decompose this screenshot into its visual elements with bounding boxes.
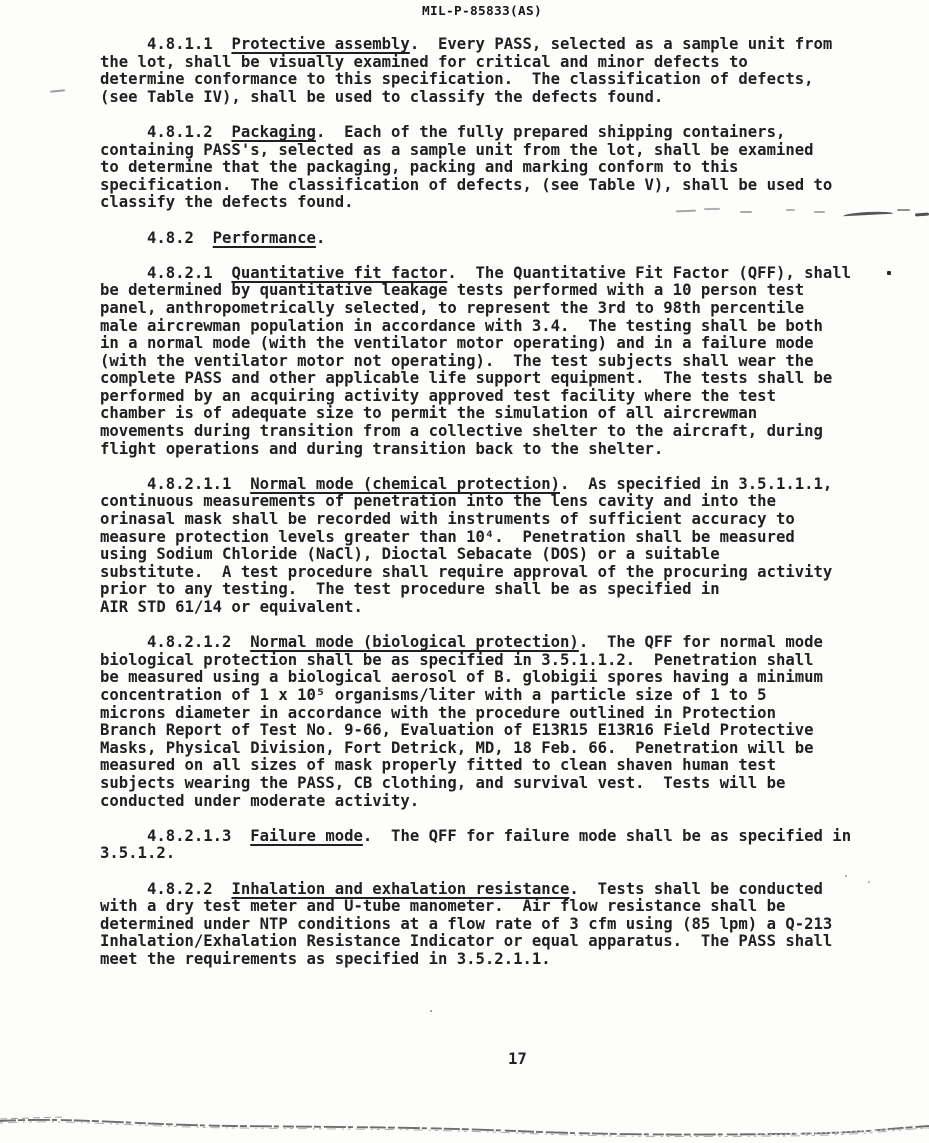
- section-number: 4.8.2.1.2: [100, 633, 250, 651]
- text-line: biological protection shall be as specif…: [100, 652, 851, 670]
- paragraph-first-line: 4.8.2.1.2 Normal mode (biological protec…: [100, 634, 851, 652]
- scan-speck: [430, 1010, 432, 1012]
- section-heading: Normal mode (chemical protection): [250, 475, 560, 493]
- text-line: orinasal mask shall be recorded with ins…: [100, 511, 851, 529]
- paragraph-first-line: 4.8.2.1.1 Normal mode (chemical protecti…: [100, 476, 851, 494]
- section-heading: Protective assembly: [231, 35, 409, 53]
- paragraph-4.8.2.1.3: 4.8.2.1.3 Failure mode. The QFF for fail…: [100, 828, 851, 863]
- paragraph-4.8.2.1.2: 4.8.2.1.2 Normal mode (biological protec…: [100, 634, 851, 810]
- scan-speck: [868, 881, 870, 883]
- document-id-header: MIL-P-85833(AS): [422, 4, 542, 19]
- paragraph-text: . The Quantitative Fit Factor (QFF), sha…: [447, 264, 851, 282]
- text-line: containing PASS's, selected as a sample …: [100, 142, 851, 160]
- paragraph-4.8.2.1: 4.8.2.1 Quantitative fit factor. The Qua…: [100, 265, 851, 459]
- text-line: conducted under moderate activity.: [100, 793, 851, 811]
- section-heading: Packaging: [231, 123, 316, 141]
- text-line: prior to any testing. The test procedure…: [100, 581, 851, 599]
- paragraph-first-line: 4.8.2.1.3 Failure mode. The QFF for fail…: [100, 828, 851, 846]
- text-line: in a normal mode (with the ventilator mo…: [100, 335, 851, 353]
- paragraph-4.8.1.2: 4.8.1.2 Packaging. Each of the fully pre…: [100, 124, 851, 212]
- text-line: Masks, Physical Division, Fort Detrick, …: [100, 740, 851, 758]
- text-line: chamber is of adequate size to permit th…: [100, 405, 851, 423]
- text-line: classify the defects found.: [100, 194, 851, 212]
- text-line: panel, anthropometrically selected, to r…: [100, 300, 851, 318]
- paragraph-first-line: 4.8.2 Performance.: [100, 230, 851, 248]
- section-heading: Inhalation and exhalation resistance: [231, 880, 569, 898]
- text-line: determined under NTP conditions at a flo…: [100, 916, 851, 934]
- paragraph-4.8.2: 4.8.2 Performance.: [100, 230, 851, 248]
- text-line: be measured using a biological aerosol o…: [100, 669, 851, 687]
- text-line: 3.5.1.2.: [100, 845, 851, 863]
- paragraph-text: . The QFF for normal mode: [579, 633, 823, 651]
- section-number: 4.8.2.1: [100, 264, 231, 282]
- section-heading: Quantitative fit factor: [231, 264, 447, 282]
- text-line: measure protection levels greater than 1…: [100, 529, 851, 547]
- paragraph-text: . As specified in 3.5.1.1.1,: [560, 475, 832, 493]
- paragraph-text: . Each of the fully prepared shipping co…: [316, 123, 785, 141]
- paragraph-4.8.2.1.1: 4.8.2.1.1 Normal mode (chemical protecti…: [100, 476, 851, 617]
- text-line: performed by an acquiring activity appro…: [100, 388, 851, 406]
- text-line: concentration of 1 x 10⁵ organisms/liter…: [100, 687, 851, 705]
- text-line: movements during transition from a colle…: [100, 423, 851, 441]
- section-number: 4.8.2.1.1: [100, 475, 250, 493]
- paragraph-4.8.2.2: 4.8.2.2 Inhalation and exhalation resist…: [100, 881, 851, 969]
- section-number: 4.8.1.2: [100, 123, 231, 141]
- scan-smudge-mark: [897, 209, 910, 211]
- text-line: continuous measurements of penetration i…: [100, 493, 851, 511]
- text-line: with a dry test meter and U-tube manomet…: [100, 898, 851, 916]
- text-line: AIR STD 61/14 or equivalent.: [100, 599, 851, 617]
- text-line: the lot, shall be visually examined for …: [100, 54, 851, 72]
- paragraph-text: . Every PASS, selected as a sample unit …: [410, 35, 832, 53]
- section-number: 4.8.2.2: [100, 880, 231, 898]
- text-line: subjects wearing the PASS, CB clothing, …: [100, 775, 851, 793]
- paragraph-text: . Tests shall be conducted: [569, 880, 822, 898]
- document-body: 4.8.1.1 Protective assembly. Every PASS,…: [100, 36, 851, 986]
- section-number: 4.8.2.1.3: [100, 827, 250, 845]
- text-line: be determined by quantitative leakage te…: [100, 282, 851, 300]
- scanned-document-page: MIL-P-85833(AS) 4.8.1.1 Protective assem…: [0, 0, 929, 1143]
- paragraph-first-line: 4.8.2.1 Quantitative fit factor. The Qua…: [100, 265, 851, 283]
- text-line: (see Table IV), shall be used to classif…: [100, 89, 851, 107]
- paragraph-first-line: 4.8.2.2 Inhalation and exhalation resist…: [100, 881, 851, 899]
- text-line: flight operations and during transition …: [100, 441, 851, 459]
- text-line: to determine that the packaging, packing…: [100, 159, 851, 177]
- text-line: meet the requirements as specified in 3.…: [100, 951, 851, 969]
- text-line: substitute. A test procedure shall requi…: [100, 564, 851, 582]
- text-line: (with the ventilator motor not operating…: [100, 353, 851, 371]
- text-line: Inhalation/Exhalation Resistance Indicat…: [100, 933, 851, 951]
- text-line: complete PASS and other applicable life …: [100, 370, 851, 388]
- scan-smudge-left-dash: [50, 89, 65, 92]
- scan-bottom-scratch-line: [0, 1104, 929, 1143]
- paragraph-text: .: [316, 229, 325, 247]
- scan-smudge-mark: [915, 213, 929, 217]
- text-line: microns diameter in accordance with the …: [100, 705, 851, 723]
- section-number: 4.8.2: [100, 229, 213, 247]
- section-heading: Normal mode (biological protection): [250, 633, 579, 651]
- paragraph-first-line: 4.8.1.2 Packaging. Each of the fully pre…: [100, 124, 851, 142]
- paragraph-text: . The QFF for failure mode shall be as s…: [363, 827, 851, 845]
- page-number: 17: [508, 1050, 527, 1068]
- text-line: specification. The classification of def…: [100, 177, 851, 195]
- text-line: using Sodium Chloride (NaCl), Dioctal Se…: [100, 546, 851, 564]
- paragraph-4.8.1.1: 4.8.1.1 Protective assembly. Every PASS,…: [100, 36, 851, 106]
- text-line: Branch Report of Test No. 9-66, Evaluati…: [100, 722, 851, 740]
- text-line: measured on all sizes of mask properly f…: [100, 757, 851, 775]
- scan-ink-dot: [887, 271, 891, 275]
- section-heading: Failure mode: [250, 827, 363, 845]
- section-number: 4.8.1.1: [100, 35, 231, 53]
- text-line: determine conformance to this specificat…: [100, 71, 851, 89]
- paragraph-first-line: 4.8.1.1 Protective assembly. Every PASS,…: [100, 36, 851, 54]
- section-heading: Performance: [213, 229, 316, 247]
- text-line: male aircrewman population in accordance…: [100, 318, 851, 336]
